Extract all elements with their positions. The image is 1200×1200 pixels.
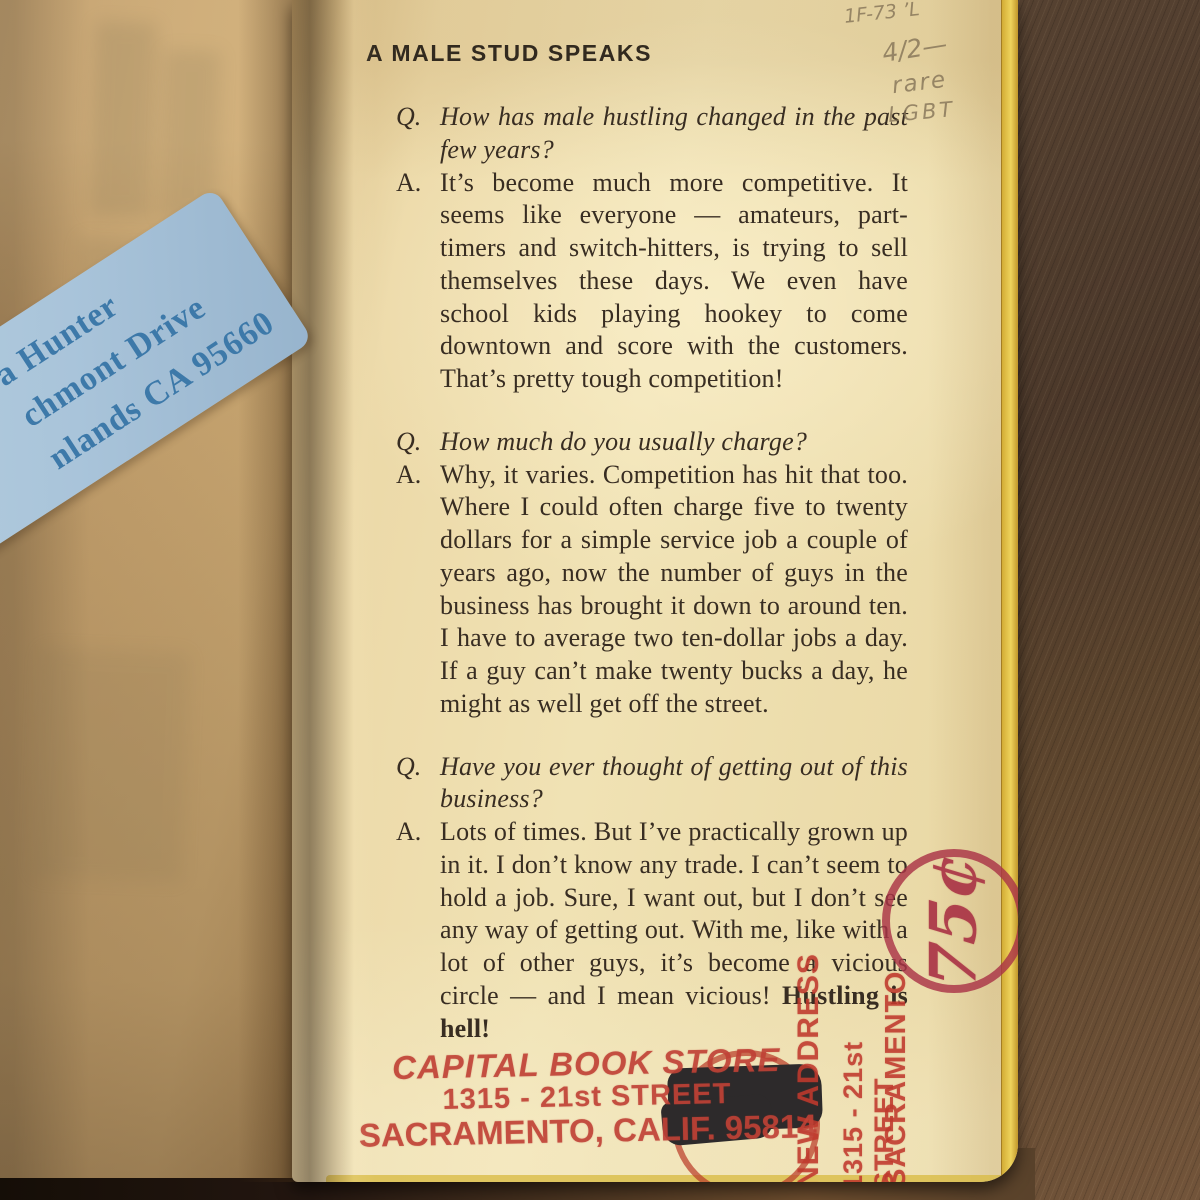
book-page: A MALE STUD SPEAKS Q. How has male hustl… <box>292 0 1018 1182</box>
pencil-note-rare: rare <box>891 67 949 100</box>
cover-ghost-smudge <box>32 647 190 882</box>
question-text: Have you ever thought of getting out of … <box>440 751 908 817</box>
page-title: A MALE STUD SPEAKS <box>366 40 908 67</box>
pencil-note-code: 1F-73 ’L <box>843 0 921 28</box>
page-edges-right <box>1001 0 1018 1182</box>
answer-text: Why, it varies. Competition has hit that… <box>440 459 908 721</box>
qa-block-1: Q. How has male hustling changed in the … <box>396 101 908 396</box>
q-label: Q. <box>396 751 440 784</box>
printed-text-block: A MALE STUD SPEAKS Q. How has male hustl… <box>396 40 908 1075</box>
q-label: Q. <box>396 426 440 459</box>
pencil-note-lgbt: LGBT <box>887 97 956 127</box>
cover-ghost-lettering <box>89 21 158 218</box>
a-label: A. <box>396 816 440 849</box>
question-text: How has male hustling changed in the pas… <box>440 101 908 167</box>
pencil-note-price: 4/2— <box>880 29 949 68</box>
new-address-stamp-line: SACRAMENTO <box>880 956 913 1182</box>
a-label: A. <box>396 459 440 492</box>
q-label: Q. <box>396 101 440 134</box>
answer-row: A. Lots of times. But I’ve practically g… <box>396 816 908 1045</box>
answer-row: A. It’s become much more competitive. It… <box>396 167 908 396</box>
question-text: How much do you usually charge? <box>440 426 908 459</box>
price-stamp-value: 75¢ <box>917 850 992 991</box>
answer-row: A. Why, it varies. Competition has hit t… <box>396 459 908 721</box>
qa-block-2: Q. How much do you usually charge? A. Wh… <box>396 426 908 721</box>
bookstore-stamp: CAPITAL BOOK STORE 1315 - 21st STREET SA… <box>349 1041 825 1153</box>
question-row: Q. How much do you usually charge? <box>396 426 908 459</box>
qa-block-3: Q. Have you ever thought of getting out … <box>396 751 908 1046</box>
question-row: Q. How has male hustling changed in the … <box>396 101 908 167</box>
a-label: A. <box>396 167 440 200</box>
answer-text: It’s become much more competitive. It se… <box>440 167 908 396</box>
book-gutter-shadow <box>238 0 376 1182</box>
book-photo-scene: A MALE STUD SPEAKS Q. How has male hustl… <box>0 0 1200 1200</box>
question-row: Q. Have you ever thought of getting out … <box>396 751 908 817</box>
